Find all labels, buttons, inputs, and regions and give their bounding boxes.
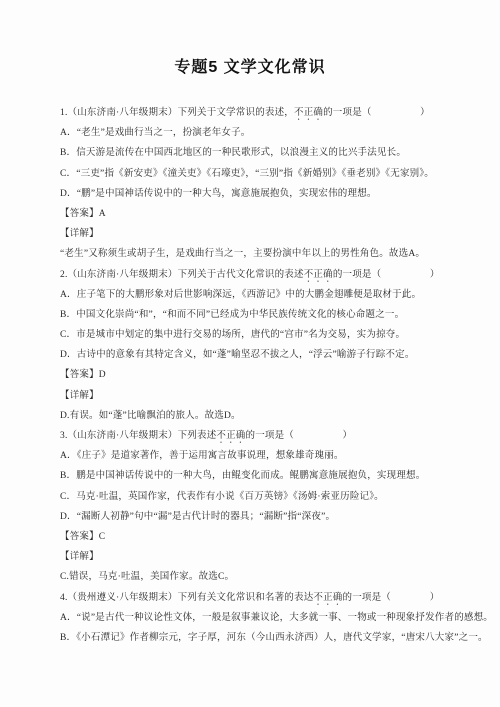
option: C．市是城市中划定的集中进行交易的场所，唐代的“宫市”名为交易，实为掠夺。 bbox=[60, 325, 480, 345]
option: A．庄子笔下的大鹏形象对后世影响深远，《西游记》中的大鹏金翅雕便是取材于此。 bbox=[60, 285, 480, 305]
option: B．鹏是中国神话传说中的一种大鸟，由鲲变化而成。鲲鹏寓意施展抱负，实现理想。 bbox=[60, 466, 480, 486]
detail-label: 【详解】 bbox=[60, 547, 480, 567]
option: A．“老生”是戏曲行当之一，扮演老年女子。 bbox=[60, 123, 480, 143]
explanation: “老生”又称须生或胡子生，是戏曲行当之一，主要扮演中年以上的男性角色。故选A。 bbox=[60, 244, 480, 264]
option: B．中国文化崇尚“和”，“和而不同”已经成为中华民族传统文化的核心命题之一。 bbox=[60, 305, 480, 325]
document-lines: 1.（山东济南·八年级期末）下列关于文学常识的表述，不正确的一项是（ ）A．“老… bbox=[0, 103, 500, 648]
detail-label: 【详解】 bbox=[60, 224, 480, 244]
option: B．信天游是流传在中国西北地区的一种民歌形式，以浪漫主义的比兴手法见长。 bbox=[60, 143, 480, 163]
question-stem: 1.（山东济南·八年级期末）下列关于文学常识的表述，不正确的一项是（ ） bbox=[60, 103, 480, 123]
detail-label: 【详解】 bbox=[60, 386, 480, 406]
answer-line: 【答案】C bbox=[60, 527, 480, 547]
option: C．马克·吐温，英国作家，代表作有小说《百万英镑》《汤姆·索亚历险记》。 bbox=[60, 487, 480, 507]
option: D．“鹏”是中国神话传说中的一种大鸟，寓意施展抱负，实现宏伟的理想。 bbox=[60, 184, 480, 204]
document-page: 专题5 文学文化常识 1.（山东济南·八年级期末）下列关于文学常识的表述，不正确… bbox=[0, 0, 500, 707]
option: D．“漏断人初静”句中“漏”是古代计时的器具；“漏断”指“深夜”。 bbox=[60, 507, 480, 527]
question-stem: 4.（贵州遵义·八年级期末）下列有关文化常识和名著的表达不正确的一项是（ ） bbox=[60, 588, 480, 608]
answer-line: 【答案】A bbox=[60, 204, 480, 224]
option: A．《庄子》是道家著作，善于运用寓言故事说理，想象雄奇瑰丽。 bbox=[60, 446, 480, 466]
option: A．“说”是古代一种议论性文体，一般是叙事兼议论，大多就一事、一物或一种现象抒发… bbox=[60, 608, 480, 628]
answer-line: 【答案】D bbox=[60, 365, 480, 385]
page-title: 专题5 文学文化常识 bbox=[0, 0, 500, 79]
option: D．古诗中的意象有其特定含义，如“蓬”喻坚忍不拔之人，“浮云”喻游子行踪不定。 bbox=[60, 345, 480, 365]
option: B．《小石潭记》作者柳宗元，字子厚，河东（今山西永济西）人，唐代文学家，“唐宋八… bbox=[60, 628, 480, 648]
explanation: C.错误，马克·吐温，美国作家。故选C。 bbox=[60, 567, 480, 587]
explanation: D.有误。如“蓬”比喻飘泊的旅人。故选D。 bbox=[60, 406, 480, 426]
question-stem: 3.（山东济南·八年级期末）下列表述不正确的一项是（ ） bbox=[60, 426, 480, 446]
option: C．“三吏”指《新安吏》《潼关吏》《石壕吏》，“三别”指《新婚别》《垂老别》《无… bbox=[60, 164, 480, 184]
question-stem: 2.（山东济南·八年级期末）下列关于古代文化常识的表述不正确的一项是（ ） bbox=[60, 265, 480, 285]
